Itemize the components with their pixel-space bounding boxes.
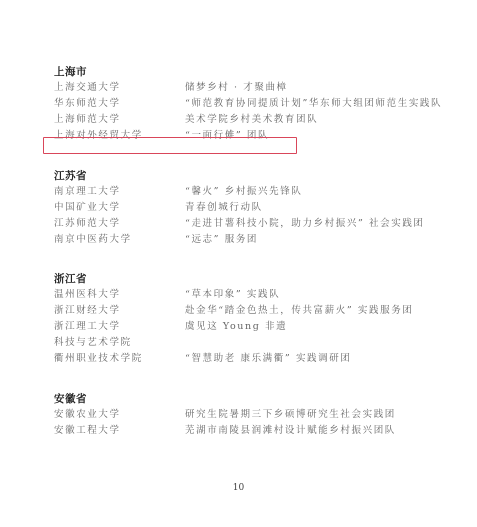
team-name: “馨火” 乡村振兴先锋队 xyxy=(185,184,455,200)
school-name: 科技与艺术学院 xyxy=(54,335,185,351)
list-item: 南京中医药大学“远志” 服务团 xyxy=(54,232,454,248)
list-item: 科技与艺术学院 xyxy=(54,335,454,351)
team-name: 美术学院乡村美术教育团队 xyxy=(185,112,455,128)
list-item: 安徽农业大学研究生院暑期三下乡硕博研究生社会实践团 xyxy=(54,407,454,423)
section-heading: 浙江省 xyxy=(54,271,454,287)
team-name: 虞见这 Young 非遗 xyxy=(185,319,455,335)
school-name: 南京理工大学 xyxy=(54,184,185,200)
section-heading: 上海市 xyxy=(54,64,454,80)
section-heading: 安徽省 xyxy=(54,391,454,407)
section-heading: 江苏省 xyxy=(54,168,454,184)
team-name: “草本印象” 实践队 xyxy=(185,287,455,303)
list-item: 上海交通大学储梦乡村 · 才聚曲樟 xyxy=(54,80,454,96)
section-jiangsu: 江苏省 南京理工大学“馨火” 乡村振兴先锋队 中国矿业大学青春创城行动队 江苏师… xyxy=(54,168,454,248)
team-name: 赴金华“踏金色热土，传共富薪火” 实践服务团 xyxy=(185,303,455,319)
highlight-box xyxy=(43,137,297,154)
school-name: 浙江理工大学 xyxy=(54,319,185,335)
school-name: 中国矿业大学 xyxy=(54,200,185,216)
list-item: 衢州职业技术学院“智慧助老 康乐满衢” 实践调研团 xyxy=(54,351,454,367)
document-page: 上海市 上海交通大学储梦乡村 · 才聚曲樟 华东师范大学“师范教育协同提质计划”… xyxy=(0,0,477,527)
section-anhui: 安徽省 安徽农业大学研究生院暑期三下乡硕博研究生社会实践团 安徽工程大学芜湖市南… xyxy=(54,391,454,439)
team-name: 芜湖市南陵县润滩村设计赋能乡村振兴团队 xyxy=(185,423,455,439)
team-name: 青春创城行动队 xyxy=(185,200,455,216)
list-item: 温州医科大学“草本印象” 实践队 xyxy=(54,287,454,303)
team-name: 研究生院暑期三下乡硕博研究生社会实践团 xyxy=(185,407,455,423)
page-number: 10 xyxy=(0,483,477,493)
school-name: 上海交通大学 xyxy=(54,80,185,96)
school-name: 南京中医药大学 xyxy=(54,232,185,248)
list-item: 上海师范大学美术学院乡村美术教育团队 xyxy=(54,112,454,128)
school-name: 上海师范大学 xyxy=(54,112,185,128)
list-item: 南京理工大学“馨火” 乡村振兴先锋队 xyxy=(54,184,454,200)
list-item: 江苏师范大学“走进甘薯科技小院，助力乡村振兴” 社会实践团 xyxy=(54,216,454,232)
school-name: 安徽工程大学 xyxy=(54,423,185,439)
team-name: 储梦乡村 · 才聚曲樟 xyxy=(185,80,455,96)
school-name: 浙江财经大学 xyxy=(54,303,185,319)
school-name: 华东师范大学 xyxy=(54,96,185,112)
section-zhejiang: 浙江省 温州医科大学“草本印象” 实践队 浙江财经大学赴金华“踏金色热土，传共富… xyxy=(54,271,454,367)
school-name: 安徽农业大学 xyxy=(54,407,185,423)
team-name xyxy=(185,335,455,351)
team-name: “师范教育协同提质计划”华东师大组团师范生实践队 xyxy=(185,96,455,112)
team-name: “智慧助老 康乐满衢” 实践调研团 xyxy=(185,351,455,367)
list-item: 浙江理工大学虞见这 Young 非遗 xyxy=(54,319,454,335)
list-item: 安徽工程大学芜湖市南陵县润滩村设计赋能乡村振兴团队 xyxy=(54,423,454,439)
list-item: 中国矿业大学青春创城行动队 xyxy=(54,200,454,216)
team-name: “走进甘薯科技小院，助力乡村振兴” 社会实践团 xyxy=(185,216,455,232)
team-name: “远志” 服务团 xyxy=(185,232,455,248)
list-item: 浙江财经大学赴金华“踏金色热土，传共富薪火” 实践服务团 xyxy=(54,303,454,319)
school-name: 江苏师范大学 xyxy=(54,216,185,232)
list-item: 华东师范大学“师范教育协同提质计划”华东师大组团师范生实践队 xyxy=(54,96,454,112)
school-name: 衢州职业技术学院 xyxy=(54,351,185,367)
section-shanghai: 上海市 上海交通大学储梦乡村 · 才聚曲樟 华东师范大学“师范教育协同提质计划”… xyxy=(54,64,454,144)
school-name: 温州医科大学 xyxy=(54,287,185,303)
